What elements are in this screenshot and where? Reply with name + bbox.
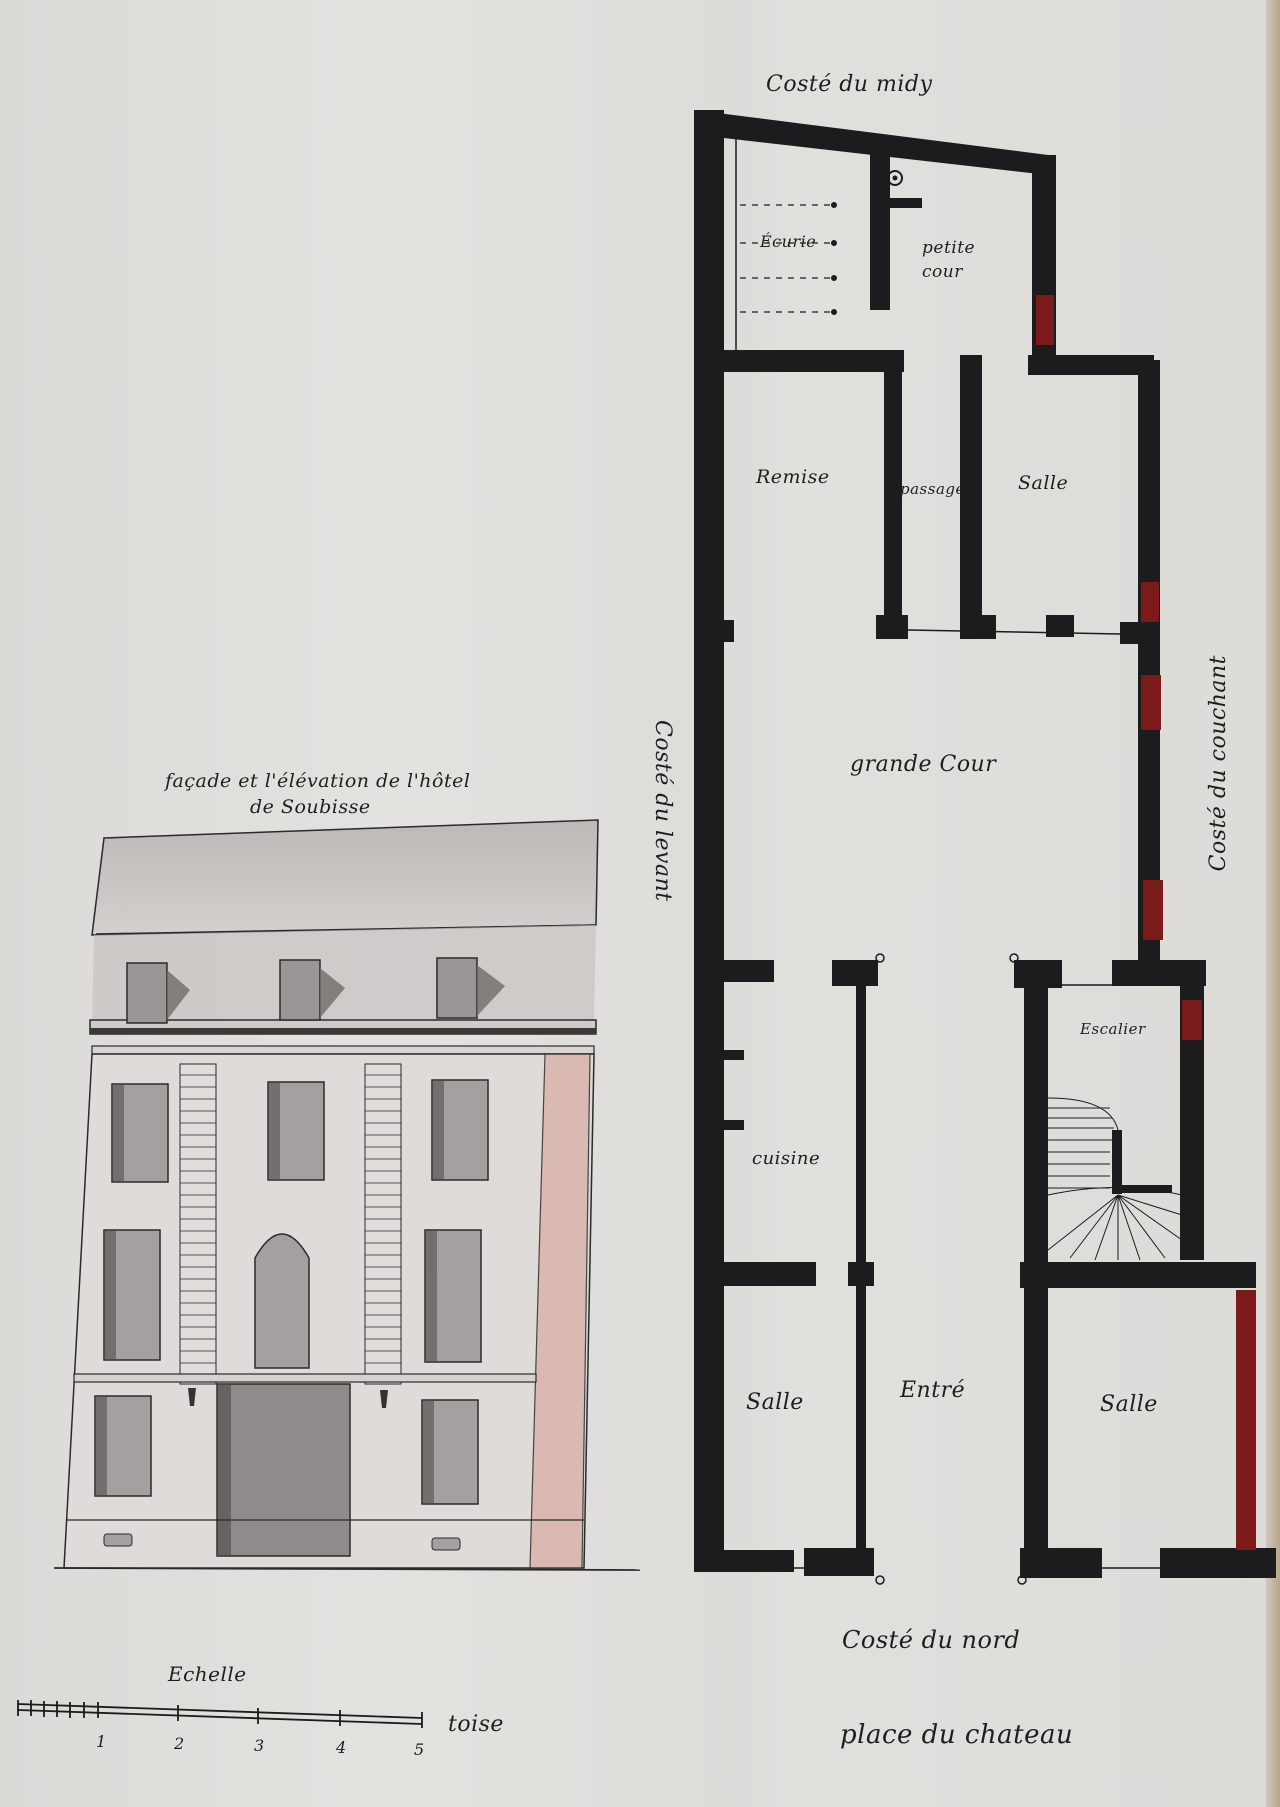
- scale-tick-2: 2: [174, 1734, 185, 1753]
- scale-unit: toise: [448, 1712, 504, 1737]
- scale-tick-5: 5: [414, 1740, 425, 1759]
- scale-tick-1: 1: [96, 1732, 107, 1751]
- scale-bar: [0, 0, 1280, 1807]
- scale-tick-3: 3: [254, 1736, 265, 1755]
- scale-tick-4: 4: [336, 1738, 347, 1757]
